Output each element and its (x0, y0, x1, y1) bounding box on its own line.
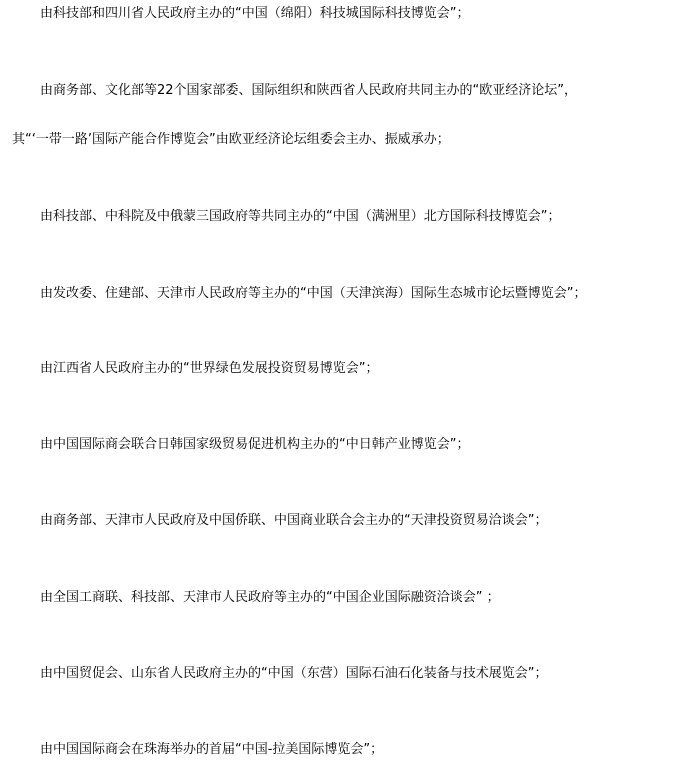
paragraph-mianyang-expo: 由科技部和四川省人民政府主办的“中国（绵阳）科技城国际科技博览会”； (40, 6, 469, 22)
paragraph-tianjin-eco-city-forum: 由发改委、住建部、天津市人民政府等主办的“中国（天津滨海）国际生态城市论坛暨博览… (40, 286, 586, 302)
paragraph-enterprise-financing-fair: 由全国工商联、科技部、天津市人民政府等主办的“中国企业国际融资洽谈会” ； (40, 590, 500, 606)
paragraph-china-latam-expo: 由中国国际商会在珠海举办的首届“中国-拉美国际博览会”； (40, 742, 383, 758)
paragraph-belt-road-expo: 其“‘一带一路’国际产能合作博览会”由欧亚经济论坛组委会主办、振威承办； (12, 132, 450, 148)
paragraph-cjk-industry-expo: 由中国国际商会联合日韩国家级贸易促进机构主办的“中日韩产业博览会”； (40, 437, 469, 453)
paragraph-dongying-petroleum-expo: 由中国贸促会、山东省人民政府主办的“中国（东营）国际石油石化装备与技术展览会”； (40, 666, 547, 682)
paragraph-green-development-expo: 由江西省人民政府主办的“世界绿色发展投资贸易博览会”； (40, 361, 378, 377)
paragraph-manzhouli-expo: 由科技部、中科院及中俄蒙三国政府等共同主办的“中国（满洲里）北方国际科技博览会”… (40, 209, 560, 225)
paragraph-eurasia-forum: 由商务部、文化部等22个国家部委、国际组织和陕西省人民政府共同主办的“欧亚经济论… (40, 83, 577, 99)
paragraph-tianjin-investment-fair: 由商务部、天津市人民政府及中国侨联、中国商业联合会主办的“天津投资贸易洽谈会”； (40, 513, 547, 529)
